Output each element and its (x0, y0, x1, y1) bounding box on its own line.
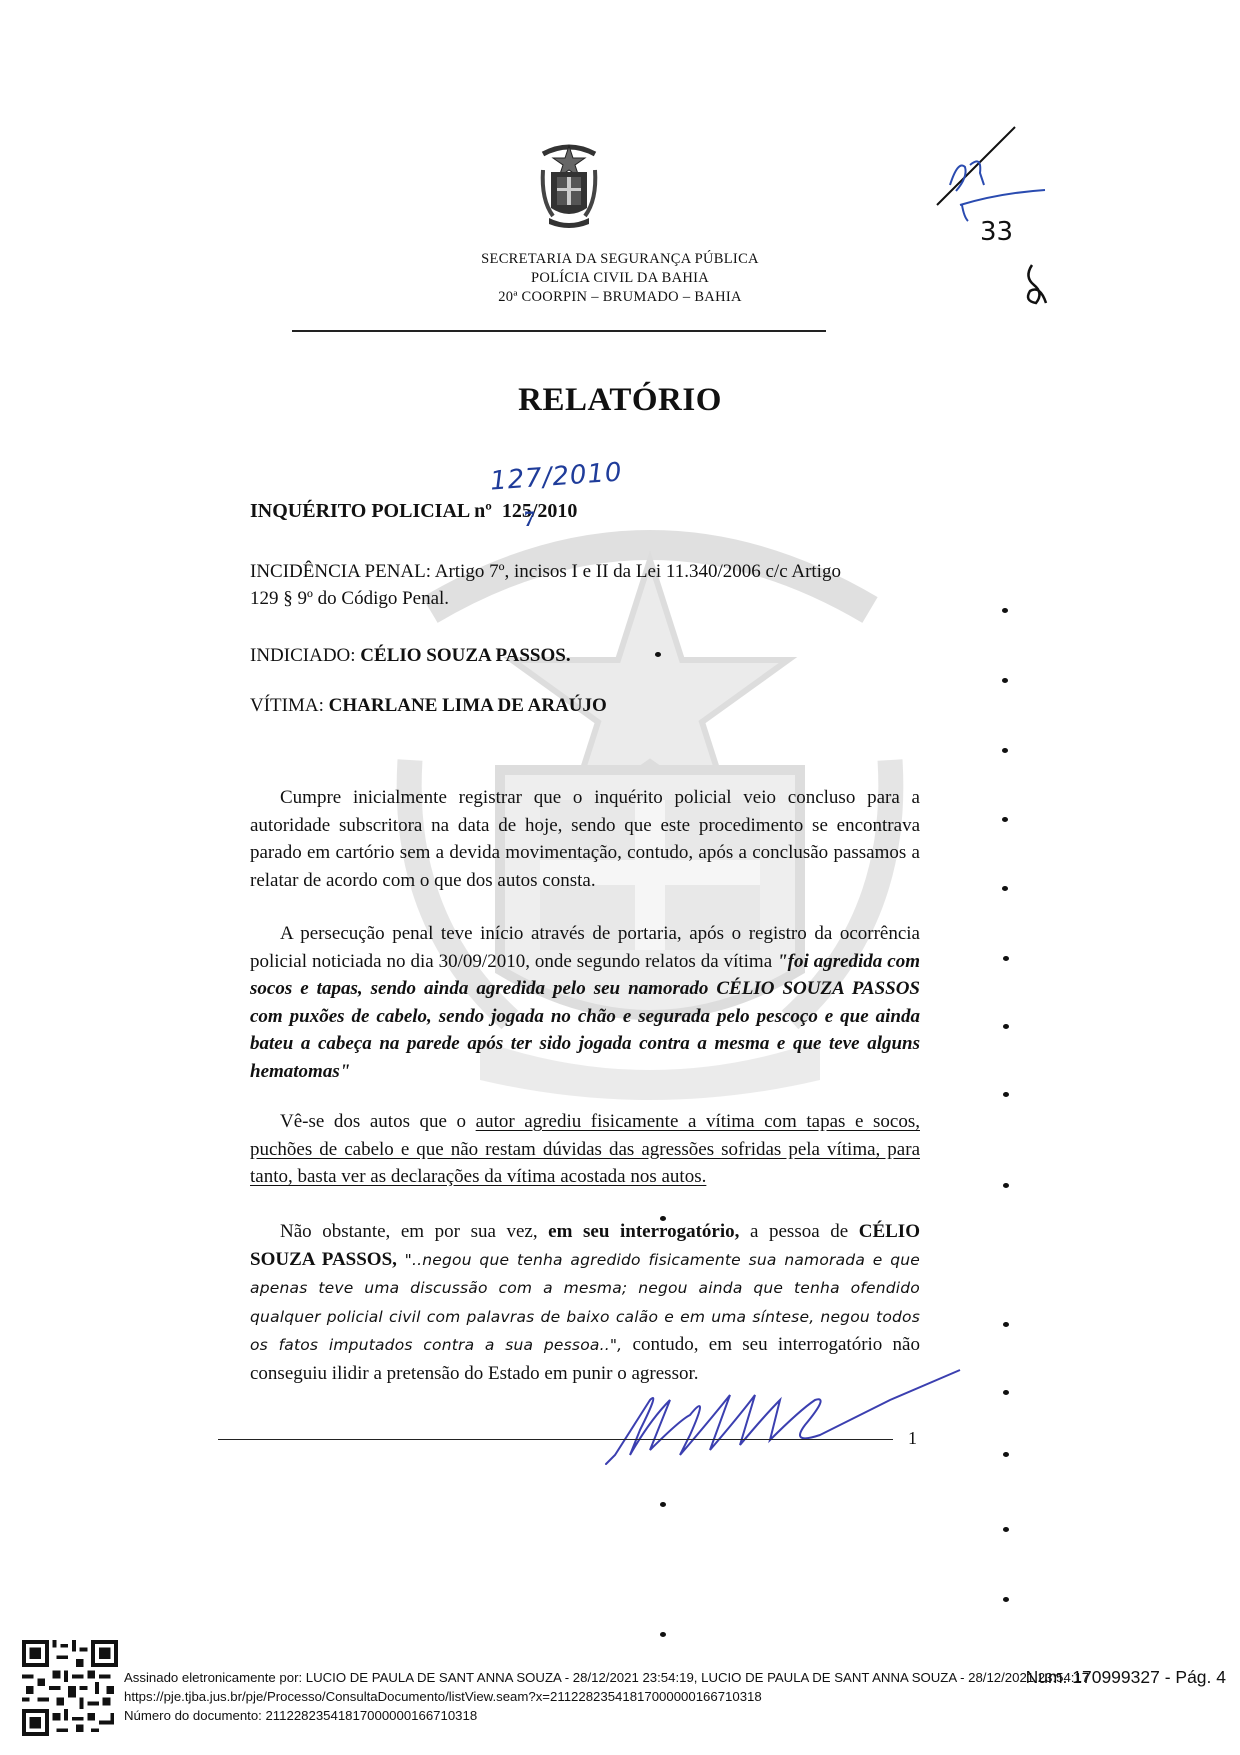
paragraph-autos: Vê-se dos autos que o autor agrediu fisi… (250, 1108, 920, 1191)
letterhead-policia: POLÍCIA CIVIL DA BAHIA (360, 269, 880, 288)
vitima-name: CHARLANE LIMA DE ARAÚJO (329, 695, 607, 716)
inquerito-number: 125/20107 (502, 500, 578, 522)
document-title: RELATÓRIO (0, 382, 1240, 419)
police-crest-logo (537, 140, 601, 230)
indiciado-name: CÉLIO SOUZA PASSOS. (360, 645, 570, 666)
handwritten-signature (590, 1360, 970, 1480)
paragraph-persecucao: A persecução penal teve início através d… (250, 920, 920, 1085)
letterhead-secretaria: SECRETARIA DA SEGURANÇA PÚBLICA (360, 250, 880, 269)
letterhead-coorpin: 20ª COORPIN – BRUMADO – BAHIA (360, 288, 880, 307)
handwritten-inquiry-number: 127/2010 (489, 457, 623, 496)
document-url[interactable]: https://pje.tjba.jus.br/pje/Processo/Con… (124, 1687, 1234, 1706)
qr-code[interactable] (22, 1640, 118, 1736)
handwritten-correction: 7 (524, 506, 535, 532)
margin-folio-annotation: 33 (920, 125, 1080, 305)
indiciado: INDICIADO: CÉLIO SOUZA PASSOS. (250, 642, 910, 669)
page-number-mark: 1 (908, 1428, 917, 1449)
header-divider (292, 330, 826, 332)
document-number: Número do documento: 2112282354181700000… (124, 1706, 1234, 1725)
page-stamp: Num. 170999327 - Pág. 4 (1026, 1667, 1226, 1688)
letterhead: SECRETARIA DA SEGURANÇA PÚBLICA POLÍCIA … (360, 250, 880, 307)
svg-text:33: 33 (980, 217, 1013, 247)
inquerito-label: INQUÉRITO POLICIAL nº (250, 500, 492, 522)
inquerito-line: INQUÉRITO POLICIAL nº 125/20107 (250, 500, 577, 523)
incidencia-penal: INCIDÊNCIA PENAL: Artigo 7º, incisos I e… (250, 558, 910, 612)
paragraph-conclusao: Cumpre inicialmente registrar que o inqu… (250, 784, 920, 894)
vitima: VÍTIMA: CHARLANE LIMA DE ARAÚJO (250, 692, 910, 719)
signature-line (218, 1439, 893, 1440)
